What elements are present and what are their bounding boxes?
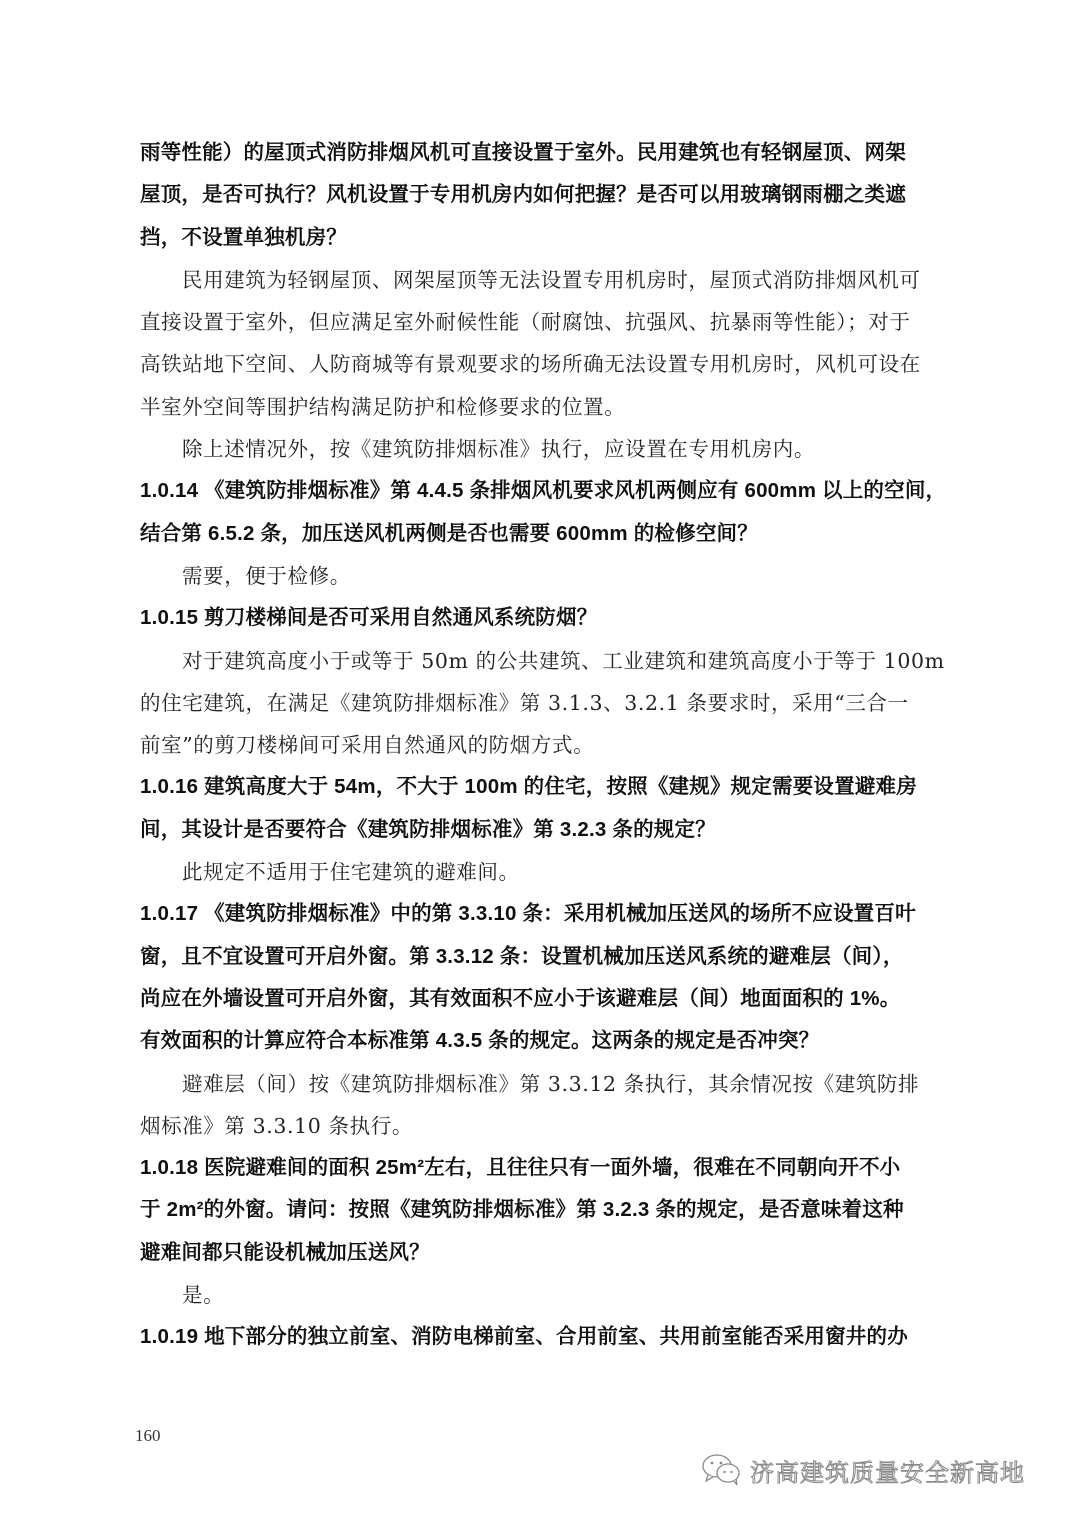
watermark: 济高建筑质量安全新高地 bbox=[700, 1452, 1025, 1488]
answer-line: 是。 bbox=[140, 1274, 940, 1316]
question-1-0-17: 1.0.17 《建筑防排烟标准》中的第 3.3.10 条：采用机械加压送风的场所… bbox=[140, 893, 940, 935]
answer-line: 半室外空间等围护结构满足防护和检修要求的位置。 bbox=[140, 386, 940, 428]
question-line: 间，其设计是否要符合《建筑防排烟标准》第 3.2.3 条的规定？ bbox=[140, 809, 940, 851]
document-page: 雨等性能）的屋顶式消防排烟风机可直接设置于室外。民用建筑也有轻钢屋顶、网架 屋顶… bbox=[0, 0, 1080, 1527]
page-number: 160 bbox=[135, 1426, 161, 1446]
question-1-0-14: 1.0.14 《建筑防排烟标准》第 4.4.5 条排烟风机要求风机两侧应有 60… bbox=[140, 470, 940, 512]
question-line: 于 2m²的外窗。请问：按照《建筑防排烟标准》第 3.2.3 条的规定，是否意味… bbox=[140, 1189, 940, 1231]
question-1-0-16: 1.0.16 建筑高度大于 54m，不大于 100m 的住宅，按照《建规》规定需… bbox=[140, 766, 940, 808]
answer-line: 此规定不适用于住宅建筑的避难间。 bbox=[140, 851, 940, 893]
question-line: 窗，且不宜设置可开启外窗。第 3.3.12 条：设置机械加压送风系统的避难层（间… bbox=[140, 936, 940, 978]
question-line: 结合第 6.5.2 条，加压送风机两侧是否也需要 600mm 的检修空间？ bbox=[140, 513, 940, 555]
question-line: 雨等性能）的屋顶式消防排烟风机可直接设置于室外。民用建筑也有轻钢屋顶、网架 bbox=[140, 132, 940, 174]
answer-line: 直接设置于室外，但应满足室外耐候性能（耐腐蚀、抗强风、抗暴雨等性能）；对于 bbox=[140, 301, 940, 343]
question-line: 屋顶，是否可执行？风机设置于专用机房内如何把握？是否可以用玻璃钢雨棚之类遮 bbox=[140, 174, 940, 216]
answer-line: 民用建筑为轻钢屋顶、网架屋顶等无法设置专用机房时，屋顶式消防排烟风机可 bbox=[140, 259, 940, 301]
answer-line: 前室”的剪刀楼梯间可采用自然通风的防烟方式。 bbox=[140, 724, 940, 766]
question-line: 尚应在外墙设置可开启外窗，其有效面积不应小于该避难层（间）地面面积的 1%。 bbox=[140, 978, 940, 1020]
answer-line: 烟标准》第 3.3.10 条执行。 bbox=[140, 1105, 940, 1147]
question-line: 有效面积的计算应符合本标准第 4.3.5 条的规定。这两条的规定是否冲突？ bbox=[140, 1020, 940, 1062]
wechat-icon bbox=[700, 1452, 744, 1488]
answer-line: 避难层（间）按《建筑防排烟标准》第 3.3.12 条执行，其余情况按《建筑防排 bbox=[140, 1063, 940, 1105]
question-1-0-15: 1.0.15 剪刀楼梯间是否可采用自然通风系统防烟？ bbox=[140, 597, 940, 639]
answer-line: 除上述情况外，按《建筑防排烟标准》执行，应设置在专用机房内。 bbox=[140, 428, 940, 470]
document-body: 雨等性能）的屋顶式消防排烟风机可直接设置于室外。民用建筑也有轻钢屋顶、网架 屋顶… bbox=[140, 132, 940, 1359]
question-line: 避难间都只能设机械加压送风？ bbox=[140, 1232, 940, 1274]
answer-line: 对于建筑高度小于或等于 50m 的公共建筑、工业建筑和建筑高度小于等于 100m bbox=[140, 640, 940, 682]
watermark-text: 济高建筑质量安全新高地 bbox=[750, 1453, 1025, 1488]
question-line: 挡，不设置单独机房？ bbox=[140, 217, 940, 259]
answer-line: 的住宅建筑，在满足《建筑防排烟标准》第 3.1.3、3.2.1 条要求时，采用“… bbox=[140, 682, 940, 724]
answer-line: 高铁站地下空间、人防商城等有景观要求的场所确无法设置专用机房时，风机可设在 bbox=[140, 343, 940, 385]
question-1-0-18: 1.0.18 医院避难间的面积 25m²左右，且往往只有一面外墙，很难在不同朝向… bbox=[140, 1147, 940, 1189]
question-1-0-19: 1.0.19 地下部分的独立前室、消防电梯前室、合用前室、共用前室能否采用窗井的… bbox=[140, 1316, 940, 1358]
answer-line: 需要，便于检修。 bbox=[140, 555, 940, 597]
